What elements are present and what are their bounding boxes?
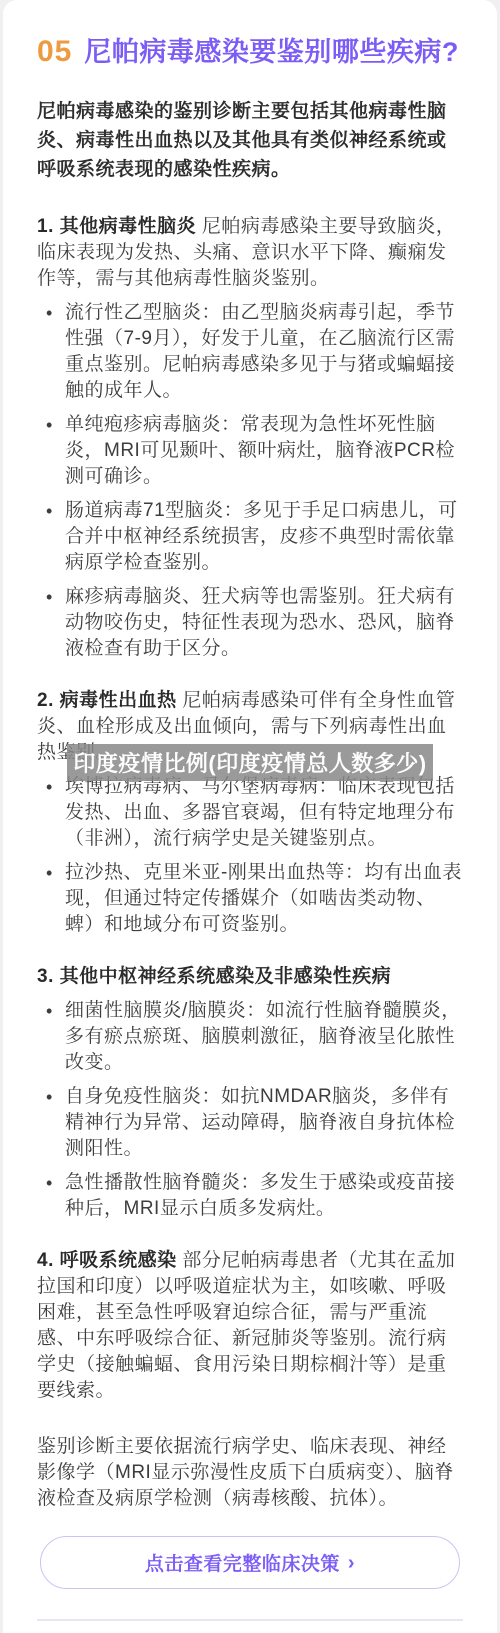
bullet-item: 自身免疫性脑炎：如抗NMDAR脑炎，多伴有精神行为异常、运动障碍，脑脊液自身抗体… [37,1084,463,1162]
section-lead: 1. 其他病毒性脑炎 尼帕病毒感染主要导致脑炎，临床表现为发热、头痛、意识水平下… [37,214,463,292]
bottom-divider [37,1619,463,1621]
cta-label: 点击查看完整临床决策 [145,1549,340,1576]
intro-paragraph: 尼帕病毒感染的鉴别诊断主要包括其他病毒性脑炎、病毒性出血热以及其他具有类似神经系… [37,97,463,184]
watermark-overlay: 印度疫情比例(印度疫情总人数多少) [67,744,433,781]
bullet-item: 拉沙热、克里米亚-刚果出血热等：均有出血表现，但通过特定传播媒介（如啮齿类动物、… [37,860,463,938]
bullet-item: 细菌性脑膜炎/脑膜炎：如流行性脑脊髓膜炎，多有瘀点瘀斑、脑膜刺激征，脑脊液呈化脓… [37,998,463,1076]
bullet-item: 单纯疱疹病毒脑炎：常表现为急性坏死性脑炎，MRI可见颞叶、额叶病灶，脑脊液PCR… [37,412,463,490]
section-respiratory-infection: 4. 呼吸系统感染 部分尼帕病毒患者（尤其在孟加拉国和印度）以呼吸道症状为主，如… [37,1248,463,1404]
bullet-item: 麻疹病毒脑炎、狂犬病等也需鉴别。狂犬病有动物咬伤史，特征性表现为恐水、恐风，脑脊… [37,584,463,662]
section-heading: 2. 病毒性出血热 [37,690,177,711]
bullet-item: 急性播散性脑脊髓炎：多发生于感染或疫苗接种后，MRI显示白质多发病灶。 [37,1170,463,1222]
bullet-item: 流行性乙型脑炎：由乙型脑炎病毒引起，季节性强（7-9月），好发于儿童，在乙脑流行… [37,300,463,404]
section-number: 05 [37,35,72,69]
section-heading: 1. 其他病毒性脑炎 [37,216,196,237]
section-cns-infections: 3. 其他中枢神经系统感染及非感染性疾病 细菌性脑膜炎/脑膜炎：如流行性脑脊髓膜… [37,964,463,1222]
section-heading: 3. 其他中枢神经系统感染及非感染性疾病 [37,966,391,987]
closing-paragraph: 鉴别诊断主要依据流行病学史、临床表现、神经影像学（MRI显示弥漫性皮质下白质病变… [37,1434,463,1512]
chevron-right-icon: › [348,1553,355,1573]
section-lead: 3. 其他中枢神经系统感染及非感染性疾病 [37,964,463,990]
section-header: 05 尼帕病毒感染要鉴别哪些疾病? [37,30,463,69]
bullet-list: 细菌性脑膜炎/脑膜炎：如流行性脑脊髓膜炎，多有瘀点瘀斑、脑膜刺激征，脑脊液呈化脓… [37,998,463,1222]
bullet-list: 流行性乙型脑炎：由乙型脑炎病毒引起，季节性强（7-9月），好发于儿童，在乙脑流行… [37,300,463,662]
section-lead: 4. 呼吸系统感染 部分尼帕病毒患者（尤其在孟加拉国和印度）以呼吸道症状为主，如… [37,1248,463,1404]
bullet-list: 埃博拉病毒病、马尔堡病毒病：临床表现包括发热、出血、多器官衰竭，但有特定地理分布… [37,774,463,938]
section-heading: 4. 呼吸系统感染 [37,1250,177,1271]
section-lead-text: 部分尼帕病毒患者（尤其在孟加拉国和印度）以呼吸道症状为主，如咳嗽、呼吸困难，甚至… [37,1250,455,1401]
section-viral-encephalitis: 1. 其他病毒性脑炎 尼帕病毒感染主要导致脑炎，临床表现为发热、头痛、意识水平下… [37,214,463,662]
bullet-item: 肠道病毒71型脑炎：多见于手足口病患儿，可合并中枢神经系统损害，皮疹不典型时需依… [37,498,463,576]
section-hemorrhagic-fever: 2. 病毒性出血热 尼帕病毒感染可伴有全身性血管炎、血栓形成及出血倾向，需与下列… [37,688,463,938]
bullet-item: 埃博拉病毒病、马尔堡病毒病：临床表现包括发热、出血、多器官衰竭，但有特定地理分布… [37,774,463,852]
view-clinical-decision-button[interactable]: 点击查看完整临床决策 › [40,1536,460,1589]
article-card: 05 尼帕病毒感染要鉴别哪些疾病? 尼帕病毒感染的鉴别诊断主要包括其他病毒性脑炎… [3,0,497,1633]
page-title: 尼帕病毒感染要鉴别哪些疾病? [84,30,459,69]
